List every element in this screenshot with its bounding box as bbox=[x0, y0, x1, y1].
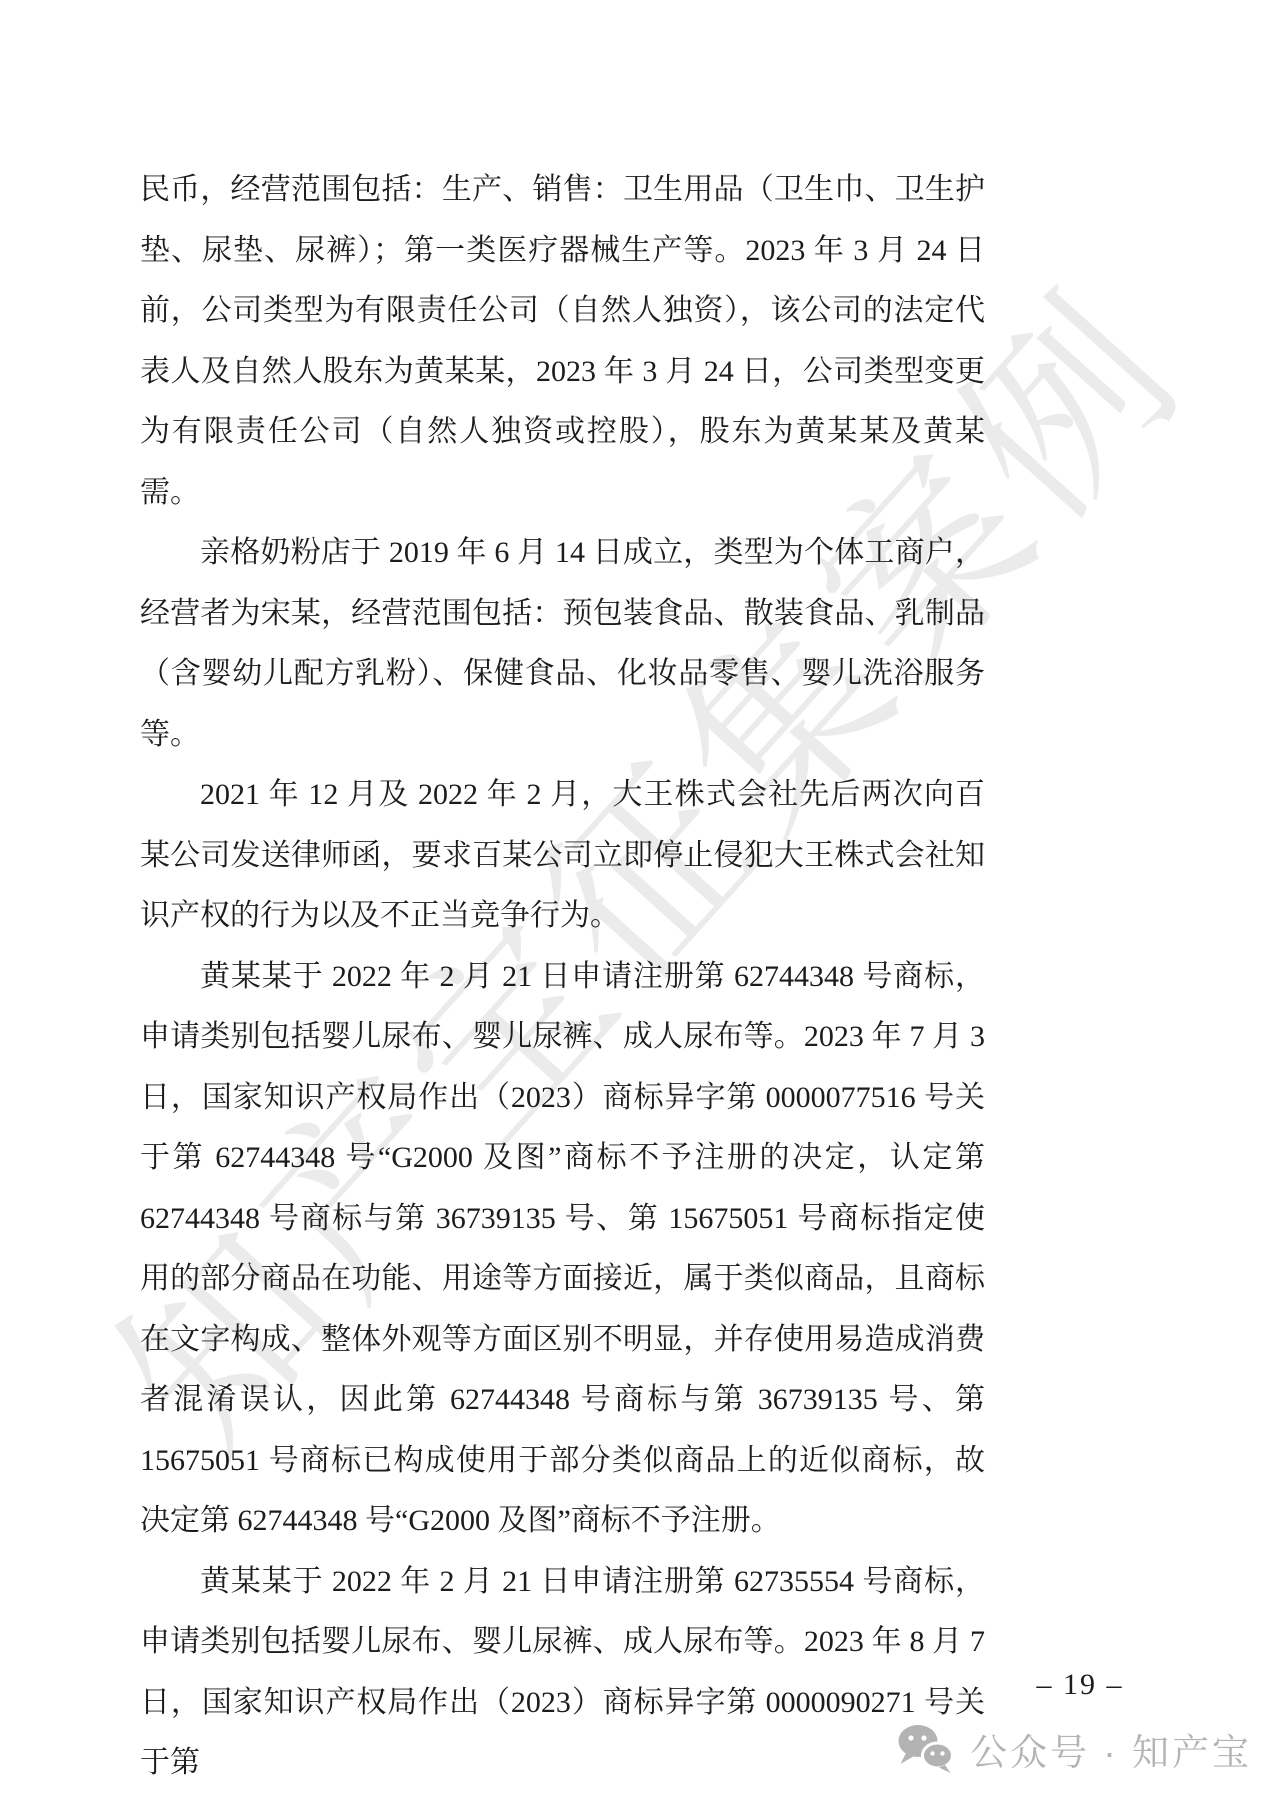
paragraph: 2021 年 12 月及 2022 年 2 月，大王株式会社先后两次向百某公司发… bbox=[140, 765, 985, 947]
brand-footer: 公众号 · 知产宝 bbox=[894, 1722, 1252, 1776]
paragraph: 民币，经营范围包括：生产、销售：卫生用品（卫生巾、卫生护垫、尿垫、尿裤）；第一类… bbox=[140, 160, 985, 523]
paragraph: 亲格奶粉店于 2019 年 6 月 14 日成立，类型为个体工商户，经营者为宋某… bbox=[140, 523, 985, 765]
paragraph: 黄某某于 2022 年 2 月 21 日申请注册第 62744348 号商标，申… bbox=[140, 947, 985, 1552]
paragraph: 黄某某于 2022 年 2 月 21 日申请注册第 62735554 号商标，申… bbox=[140, 1552, 985, 1794]
brand-label: 公众号 · 知产宝 bbox=[970, 1722, 1252, 1776]
document-body: 民币，经营范围包括：生产、销售：卫生用品（卫生巾、卫生护垫、尿垫、尿裤）；第一类… bbox=[140, 160, 985, 1794]
page-number: – 19 – bbox=[980, 1668, 1180, 1702]
wechat-icon bbox=[894, 1723, 956, 1775]
document-page: 知产宝征集案例 民币，经营范围包括：生产、销售：卫生用品（卫生巾、卫生护垫、尿垫… bbox=[0, 0, 1280, 1810]
